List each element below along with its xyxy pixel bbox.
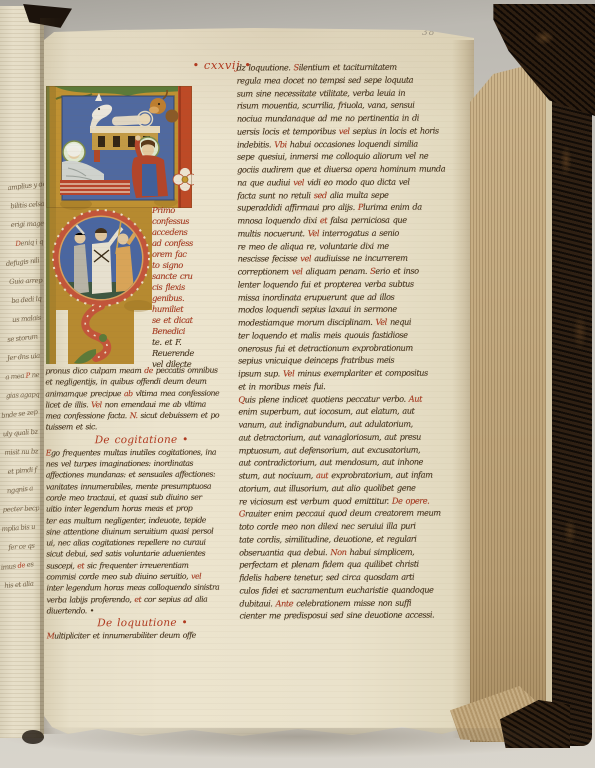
text-line: Quis plene indicet quotiens peccatur ver… (238, 393, 452, 407)
text-line: stum, aut nociuum, aut exprobratorium, a… (239, 469, 453, 483)
text-line: aut contradictorium, aut mendosum, aut i… (239, 457, 453, 471)
text-line: sepe quesiui, inmersi me colloquio alior… (237, 151, 451, 165)
left-text-column: pronus dico culpam meam de peccatis omni… (45, 365, 238, 643)
rubric-text-line: ad confess (152, 238, 198, 249)
rubric-text-line: te. et F. (152, 337, 198, 348)
rubric-text-line: cis flexis (152, 282, 198, 293)
text-line: indebitis. Vbi habui occasiones loquendi… (237, 138, 451, 152)
rubric-de-loquutione: De loquutione • (47, 617, 239, 632)
edge-text-fragment: ngqnis a (0, 484, 38, 507)
text-line: risum mouentia, scurrilia, friuola, vana… (237, 100, 451, 114)
text-line: dz loquutione. Silentium et taciturnitat… (237, 61, 451, 75)
rubric-text-line: orem fac (152, 249, 198, 260)
text-line: ter loquendo et malis meis quouis fastid… (238, 329, 452, 343)
text-line: mnosa loquendo dixi et falsa perniciosa … (237, 214, 451, 228)
text-line: vanum, aut indignabundum, aut adulatoriu… (238, 418, 452, 432)
text-line: re meo de aliqua re, voluntarie dixi me (237, 240, 451, 254)
text-line: culos fidei et sacramentum eucharistie q… (239, 584, 453, 598)
folio-number: 38 (422, 28, 462, 38)
text-line: facta sunt no retuli sed alia multa sepe (237, 189, 451, 203)
text-line: modestiamque morum disciplinam. Vel nequ… (238, 316, 452, 330)
text-line: uersis locis et temporibus vel sepius in… (237, 125, 451, 139)
text-line: nociua mundanaque ad me no pertinentia i… (237, 112, 451, 126)
rubric-text-line: to signo (152, 260, 198, 271)
text-line: modos loquendi sepius laxaui in sermone (238, 304, 452, 318)
rubric-text-line: Reuerende (152, 348, 198, 359)
text-line: na que audiui vel vidi eo modo quo dicta… (237, 176, 451, 190)
text-line: missa inordinata erupuerunt que ad illos (238, 291, 452, 305)
text-line: multis nocuerunt. Vel interrogatus a sen… (237, 227, 451, 241)
rubric-text-line: accedens (152, 227, 198, 238)
text-line: superaddidi affirmaui pro alijs. Plurima… (237, 202, 451, 216)
text-line: Grauiter enim peccaui quod deum creatore… (239, 508, 453, 522)
text-line: onerosus fui et detractionum exprobratio… (238, 342, 452, 356)
leather-back-cover (552, 32, 592, 746)
text-line: verba labijs proferendo, et cor sepius a… (46, 594, 238, 606)
text-line: cienter me predisposui sed sine deuotion… (239, 610, 453, 624)
text-line: obseruantia qua debui. Non habui simplic… (239, 546, 453, 560)
text-line: dubitaui. Ante celebrationem misse non s… (239, 597, 453, 611)
text-line: mptuosum, aut defensorium, aut excusator… (239, 444, 453, 458)
manuscript-page: 38 • cxxvij • (44, 28, 474, 740)
text-line: Multipliciter et innumerabiliter deum of… (47, 631, 239, 643)
edge-text-fragment: his et alia (0, 579, 38, 601)
text-line: regula mea docet no tempsi sed sepe loqu… (237, 74, 451, 88)
text-line: correptionem vel aliquam penam. Serio et… (238, 265, 452, 279)
text-line: lenter loquendo fui et propterea verba s… (238, 278, 452, 292)
rubric-text-line: confessus (152, 216, 198, 227)
rubric-text-line: Primo (152, 205, 198, 216)
rubric-text-line: se et dicat (152, 315, 198, 326)
rubric-text-line: genibus. (152, 293, 198, 304)
text-line: gociis audirem que et diuersa opera homi… (237, 163, 451, 177)
text-line: inter legendum horas meas colloquendo si… (46, 583, 238, 595)
edge-text-fragment: defugis nili (5, 256, 44, 279)
manuscript-photo: amplius y debilitis celsaerigi mageDeniq… (0, 0, 595, 768)
text-line: re viciosum est verbum quod emittitur. D… (239, 495, 453, 509)
rubric-text-line: sancte cru (152, 271, 198, 282)
text-line: perfectam et plenam fidem qua quilibet c… (239, 559, 453, 573)
rubric-de-cogitatione: De cogitatione • (46, 433, 238, 448)
text-line: atorium, aut illusorium, aut alio quolib… (239, 482, 453, 496)
text-line: et in moribus meis fui. (238, 380, 452, 394)
text-line: sepius vnicuique deinceps fratribus meis (238, 355, 452, 369)
edge-text-fragment: a mea P ne (2, 371, 43, 393)
fore-edge-leaves (470, 50, 548, 742)
confession-rubric: Primoconfessusaccedensad confessorem fac… (152, 205, 198, 370)
text-line: ipsum sup. Vel minus exemplariter et com… (238, 367, 452, 381)
text-line: nescisse fecisse vel audiuisse ne incurr… (238, 253, 452, 267)
right-text-column: dz loquutione. Silentium et taciturnitat… (237, 61, 454, 623)
text-line: toto corde meo non dilexi nec seruiui il… (239, 520, 453, 534)
edge-text-fragment: uly quali bz (0, 427, 41, 449)
rubric-text-line: humiliet (152, 304, 198, 315)
text-line: aut detractorium, aut vanagloriosum, aut… (238, 431, 452, 445)
text-line: fidelis habere tenetur, sed circa quosda… (239, 571, 453, 585)
text-line: sum sine necessitate vtilitate, verba le… (237, 87, 451, 101)
book-shadow (6, 728, 590, 758)
rubric-text-line: Benedici (152, 326, 198, 337)
text-line: tate cordis, similitudine, deuotione, et… (239, 533, 453, 547)
text-line: diuertendo. • (47, 605, 239, 617)
text-line: enim superbum, aut iocosum, aut elatum, … (238, 406, 452, 420)
